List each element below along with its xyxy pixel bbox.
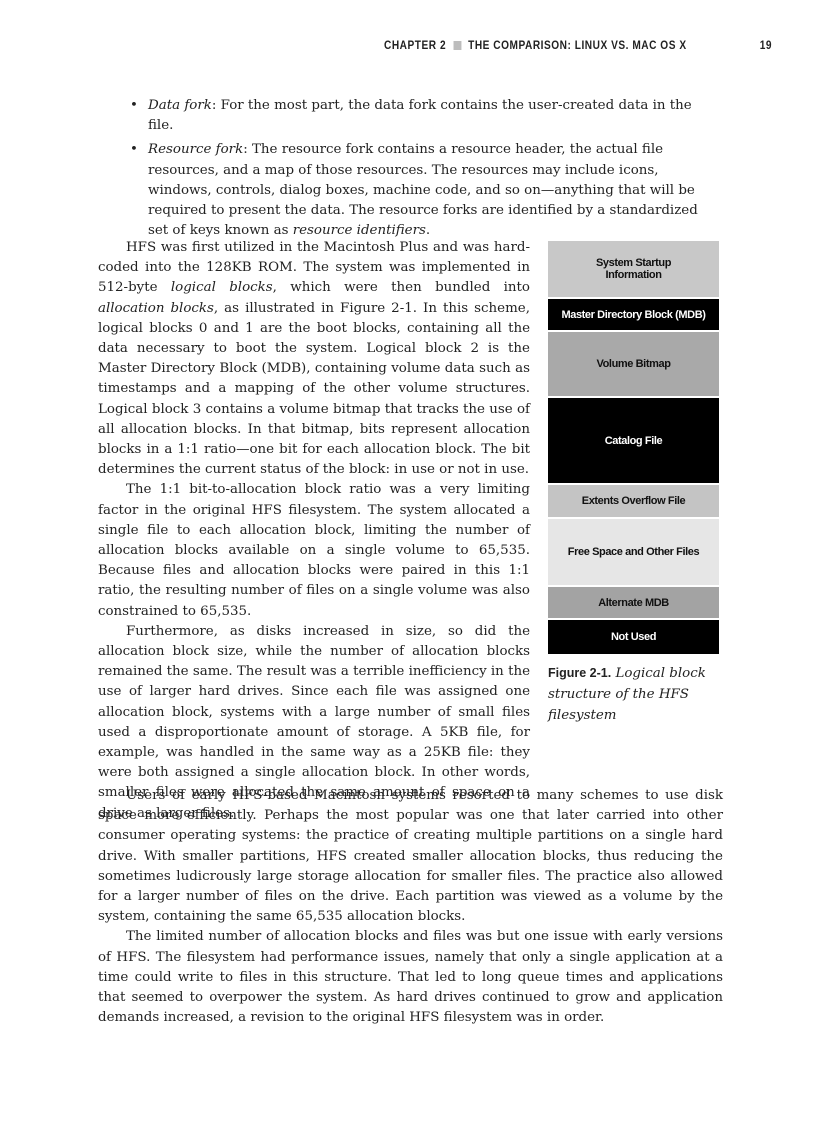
emphasis-allocation-blocks: allocation blocks — [98, 301, 214, 316]
block-free-space: Free Space and Other Files — [548, 519, 719, 585]
bullet-term: Resource fork — [148, 142, 243, 157]
figure-label: Figure 2-1. — [548, 666, 611, 680]
bullet-tail: . — [426, 223, 430, 238]
paragraph-performance: The limited number of allocation blocks … — [98, 927, 723, 1028]
emphasis-logical-blocks: logical blocks — [171, 280, 273, 295]
paragraph-ratio: The 1:1 bit-to-allocation block ratio wa… — [98, 480, 530, 621]
block-extents-overflow: Extents Overflow File — [548, 485, 719, 517]
fork-bullet-list: • Data fork: For the most part, the data… — [130, 96, 720, 245]
bullet-icon: • — [130, 140, 138, 160]
figure-caption: Figure 2-1. Logical block structure of t… — [548, 663, 723, 726]
text-run: , as illustrated in Figure 2-1. In this … — [98, 301, 530, 478]
paragraph-partitions: Users of early HFS-based Macintosh syste… — [98, 786, 723, 927]
block-catalog-file: Catalog File — [548, 398, 719, 483]
left-column-text: HFS was first utilized in the Macintosh … — [98, 238, 530, 824]
chapter-number: CHAPTER 2 — [384, 40, 446, 52]
hfs-block-structure-figure: System Startup Information Master Direct… — [548, 241, 719, 656]
page-number: 19 — [760, 40, 772, 52]
bullet-term-2: resource identifiers — [293, 223, 426, 238]
block-volume-bitmap: Volume Bitmap — [548, 332, 719, 396]
block-system-startup: System Startup Information — [548, 241, 719, 297]
chapter-title: THE COMPARISON: LINUX VS. MAC OS X — [468, 40, 687, 52]
bullet-text: : For the most part, the data fork conta… — [148, 98, 692, 133]
paragraph-hfs-intro: HFS was first utilized in the Macintosh … — [98, 238, 530, 480]
bullet-icon: • — [130, 96, 138, 116]
text-run: , which were then bundled into — [273, 280, 530, 295]
block-alternate-mdb: Alternate MDB — [548, 587, 719, 618]
block-master-directory: Master Directory Block (MDB) — [548, 299, 719, 330]
running-header: CHAPTER 2THE COMPARISON: LINUX VS. MAC O… — [384, 40, 729, 60]
full-width-text: Users of early HFS-based Macintosh syste… — [98, 786, 723, 1028]
separator-square-icon — [453, 41, 461, 50]
bullet-term: Data fork — [148, 98, 212, 113]
chapter-heading: CHAPTER 2THE COMPARISON: LINUX VS. MAC O… — [384, 40, 687, 52]
block-not-used: Not Used — [548, 620, 719, 654]
bullet-data-fork: • Data fork: For the most part, the data… — [130, 96, 720, 136]
bullet-resource-fork: • Resource fork: The resource fork conta… — [130, 140, 720, 241]
